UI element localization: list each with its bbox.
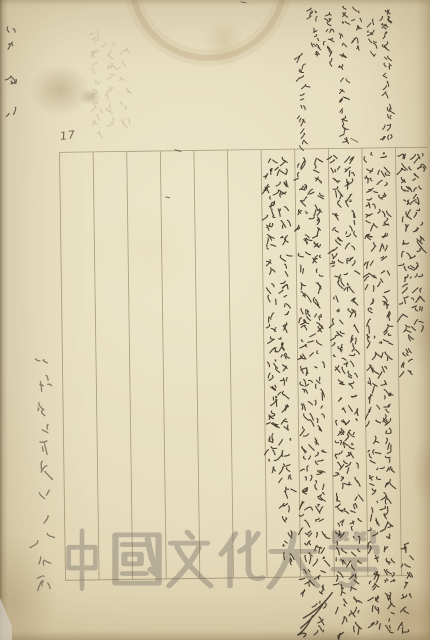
ruled-grid <box>60 147 430 580</box>
bleedthrough-ghost-text <box>90 30 132 138</box>
document-scan-artwork <box>0 0 430 640</box>
scanned-document-page: 17 <box>0 0 430 640</box>
watermark-char <box>115 535 158 583</box>
closing-signature-flourish <box>297 593 333 637</box>
top-right-annotation-handwriting <box>294 6 395 151</box>
stain-ring <box>132 0 284 58</box>
corner-code-handwriting <box>5 27 17 117</box>
watermark-char <box>169 532 211 586</box>
page-number: 17 <box>59 128 76 143</box>
left-margin-label-handwriting <box>27 359 55 591</box>
